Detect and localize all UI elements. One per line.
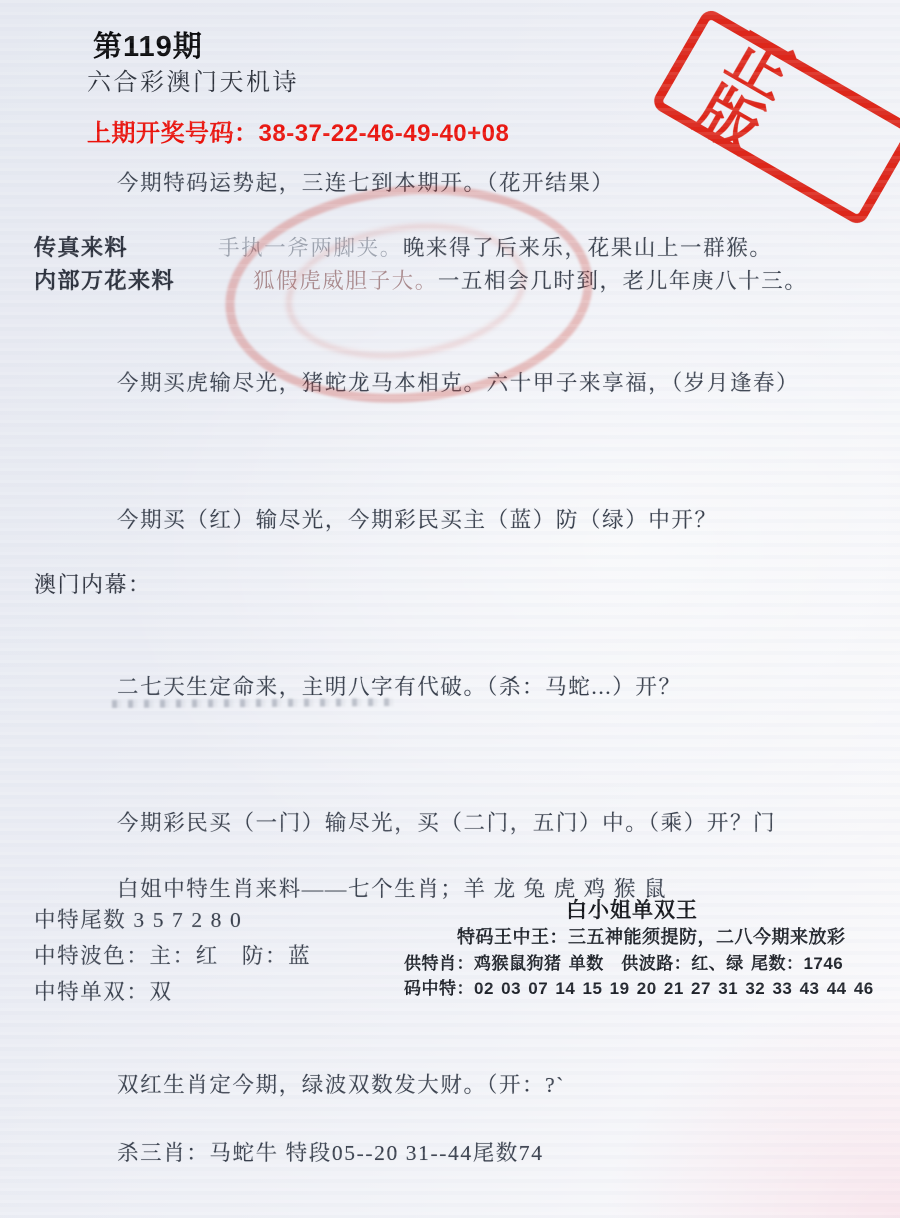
internal-text-main: 一五相会几时到，老儿年庚八十三。: [438, 269, 808, 293]
last-draw-line: 上期开奖号码：38-37-22-46-49-40+08: [87, 113, 509, 148]
issue-number: 第119期: [93, 24, 203, 65]
poem-line-4: 二七天生定命来，主明八字有代破。（杀：马蛇...）开？: [117, 670, 682, 701]
genuine-stamp-text: 正版: [655, 7, 900, 227]
internal-source-label: 内部万花来料: [34, 264, 175, 295]
stat-odd-even: 中特单双：双: [34, 975, 173, 1006]
fax-text-main: 晚来得了后来乐，花果山上一群猴。: [403, 236, 773, 260]
poem-line-2: 今期买虎输尽光，猪蛇龙马本相克。六十甲子来享福，（岁月逢春）: [117, 366, 799, 397]
poem-line-1: 今期特码运势起，三连七到本期开。（花开结果）: [117, 166, 614, 197]
fax-text-faded: 手执一斧两脚夹。: [218, 236, 403, 260]
kill-three-zodiac-line: 杀三肖：马蛇牛 特段05--20 31--44尾数74: [117, 1136, 544, 1167]
right-block-title: 白小姐单双王: [566, 894, 698, 924]
poem-line-5: 今期彩民买（一门）输尽光，买（二门，五门）中。（乘）开？门: [117, 806, 776, 837]
stat-wave-color: 中特波色：主：红 防：蓝: [34, 939, 311, 970]
insider-label: 澳门内幕：: [34, 568, 152, 599]
right-block-line2: 供特肖：鸡猴鼠狗猪 单数 供波路：红、绿 尾数：1746: [404, 949, 843, 974]
fax-source-text: 手执一斧两脚夹。晚来得了后来乐，花果山上一群猴。: [218, 231, 772, 262]
right-block-line3: 码中特：02 03 07 14 15 19 20 21 27 31 32 33 …: [404, 974, 874, 999]
last-draw-label: 上期开奖号码：: [87, 120, 259, 147]
genuine-stamp: 正版: [650, 7, 900, 228]
fax-source-label: 传真来料: [34, 231, 128, 262]
internal-text-faded: 狐假虎威胆子大。: [253, 269, 438, 293]
erased-text-smudge: [112, 698, 398, 708]
scanned-lottery-sheet: 第119期 六合彩澳门天机诗 上期开奖号码：38-37-22-46-49-40+…: [0, 0, 900, 1218]
page-title: 六合彩澳门天机诗: [87, 62, 299, 97]
stat-tail-numbers: 中特尾数 3 5 7 2 8 0: [34, 903, 242, 934]
right-block-line1: 特码王中王：三五神能须提防，二八今期来放彩: [457, 923, 846, 949]
poem-line-3: 今期买（红）输尽光，今期彩民买主（蓝）防（绿）中开？: [117, 503, 718, 534]
poem-line-6: 双红生肖定今期，绿波双数发大财。（开：?`: [117, 1068, 565, 1099]
internal-source-text: 狐假虎威胆子大。一五相会几时到，老儿年庚八十三。: [253, 264, 807, 295]
last-draw-numbers: 38-37-22-46-49-40+08: [259, 120, 510, 147]
